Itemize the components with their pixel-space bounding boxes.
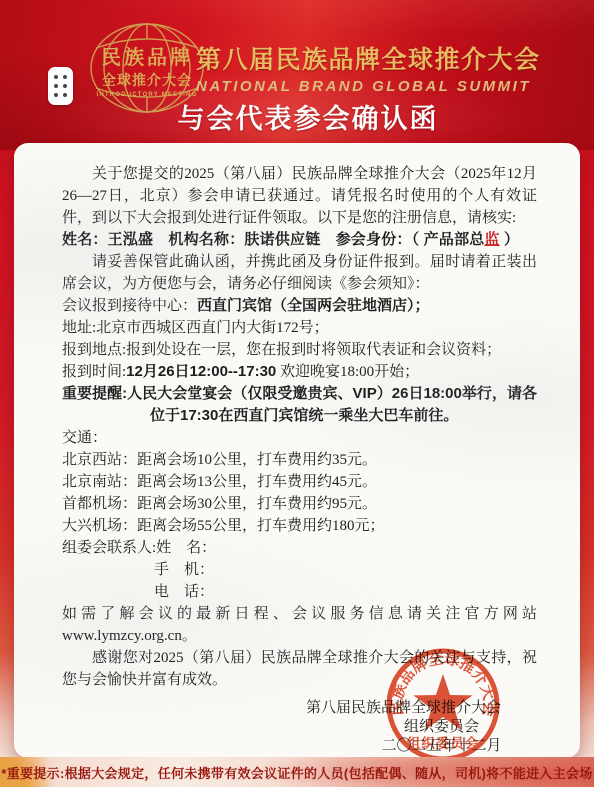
traffic-title: 交通： bbox=[62, 427, 537, 449]
registration-left: 姓名：王泓盛 机构名称：肤诺供应链 参会身份：（ 产品部总 bbox=[62, 231, 484, 248]
dot-icon bbox=[63, 84, 67, 88]
transport-line: 大兴机场：距离会场55公里，打车费用约180元； bbox=[62, 515, 537, 537]
contact-mobile-line: 手 机： bbox=[62, 559, 537, 581]
checkin-time-label: 报到时间: bbox=[62, 364, 126, 380]
logo-text-line2: 全球推介大会 bbox=[88, 70, 206, 90]
registration-highlight: 监 bbox=[484, 231, 499, 248]
confirmation-letter-page: 民族品牌 全球推介大会 INTRODUCTORY MEETING 第八届民族品牌… bbox=[0, 0, 594, 787]
reception-value: 西直门宾馆（全国两会驻地酒店）； bbox=[197, 297, 430, 314]
footer-important-notice: *重要提示:根据大会规定，任何未携带有效会议证件的人员(包括配偶、随从，司机)将… bbox=[0, 763, 594, 782]
checkin-time-value: 12月26日12:00--17:30 bbox=[126, 363, 276, 380]
committee-red-seal: 民族品牌全球推介大会 组织委员会 bbox=[384, 646, 502, 764]
dot-icon bbox=[54, 84, 58, 88]
contact-name-line: 组委会联系人:姓 名： bbox=[62, 537, 537, 559]
dot-icon bbox=[54, 75, 58, 79]
seal-star-icon bbox=[414, 674, 473, 730]
contact-phone-line: 电 话： bbox=[62, 581, 537, 603]
registration-line: 姓名：王泓盛 机构名称：肤诺供应链 参会身份：（ 产品部总监 ） bbox=[62, 229, 537, 251]
important-reminder-line: 重要提醒:人民大会堂宴会（仅限受邀贵宾、VIP）26日18:00举行，请各位于1… bbox=[62, 383, 537, 427]
important-text: 人民大会堂宴会（仅限受邀贵宾、VIP）26日18:00举行，请各位于17:30在… bbox=[127, 385, 537, 424]
address-line: 地址:北京市西城区西直门内大街172号； bbox=[62, 317, 537, 339]
dot-icon bbox=[63, 75, 67, 79]
summit-title-cn: 第八届民族品牌全球推介大会 bbox=[196, 40, 586, 76]
summit-title-en: NATIONAL BRAND GLOBAL SUMMIT bbox=[196, 78, 586, 95]
checkin-place-line: 报到地点:报到处设在一层，您在报到时将领取代表证和会议资料； bbox=[62, 339, 537, 361]
reception-label: 会议报到接待中心： bbox=[62, 298, 197, 314]
summit-title-block: 第八届民族品牌全球推介大会 NATIONAL BRAND GLOBAL SUMM… bbox=[196, 40, 586, 95]
intro-paragraph: 关于您提交的2025（第八届）民族品牌全球推介大会（2025年12月26—27日… bbox=[62, 163, 537, 229]
letter-heading: 与会代表参会确认函 bbox=[0, 97, 594, 136]
transport-line: 首都机场：距离会场30公里，打车费用约95元。 bbox=[62, 493, 537, 515]
seal-bottom-text: 组织委员会 bbox=[407, 735, 480, 751]
important-label: 重要提醒: bbox=[62, 385, 127, 402]
transport-line: 北京西站：距离会场10公里，打车费用约35元。 bbox=[62, 449, 537, 471]
checkin-time-line: 报到时间:12月26日12:00--17:30 欢迎晚宴18:00开始； bbox=[62, 361, 537, 383]
registration-right: ） bbox=[500, 231, 520, 248]
keep-letter-paragraph: 请妥善保管此确认函，并携此函及身份证件报到。届时请着正装出席会议，为方便您与会，… bbox=[62, 251, 537, 295]
website-line: 如需了解会议的最新日程、会议服务信息请关注官方网站www.lymzcy.org.… bbox=[62, 603, 537, 647]
transport-line: 北京南站：距离会场13公里，打车费用约45元。 bbox=[62, 471, 537, 493]
reception-line: 会议报到接待中心：西直门宾馆（全国两会驻地酒店）； bbox=[62, 295, 537, 317]
logo-text-line1: 民族品牌 bbox=[88, 41, 206, 70]
checkin-time-suffix: 欢迎晚宴18:00开始； bbox=[276, 364, 419, 380]
